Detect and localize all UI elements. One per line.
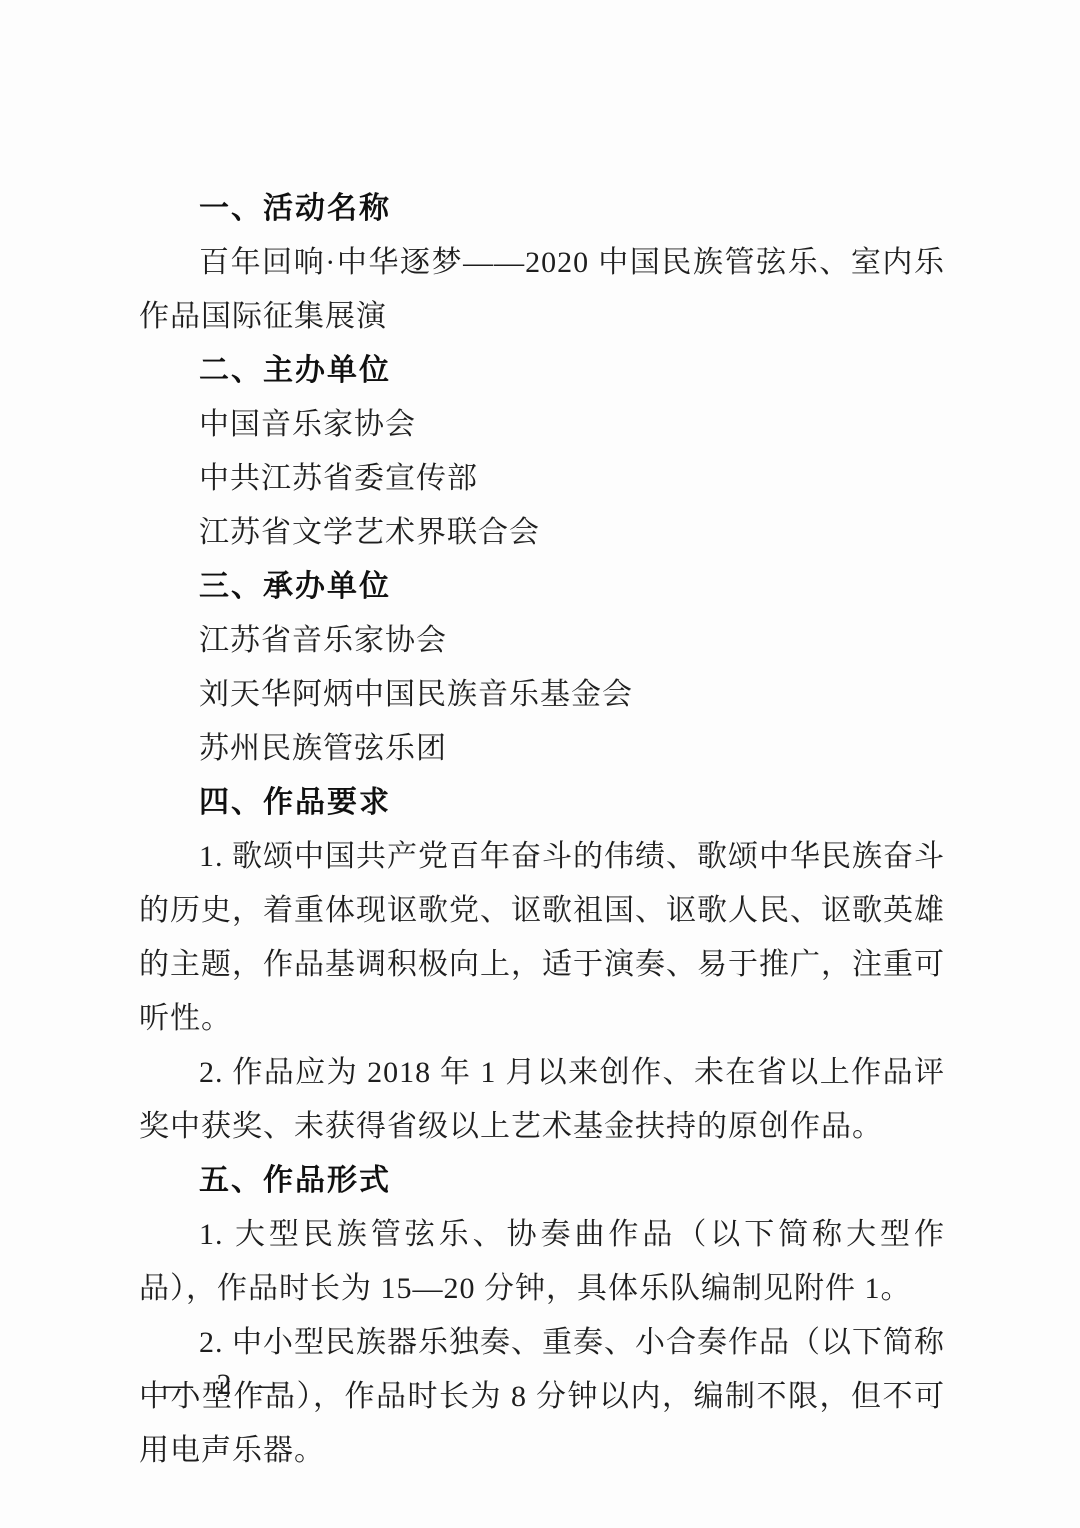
page-number: — 2 — [163, 1358, 293, 1412]
section-heading: 五、作品形式 [139, 1154, 945, 1208]
section-heading: 三、承办单位 [139, 560, 945, 614]
body-paragraph: 刘天华阿炳中国民族音乐基金会 [139, 668, 945, 722]
body-paragraph: 1. 大型民族管弦乐、协奏曲作品（以下简称大型作品），作品时长为 15—20 分… [139, 1208, 945, 1316]
section-heading: 二、主办单位 [139, 344, 945, 398]
body-paragraph: 中共江苏省委宣传部 [139, 452, 945, 506]
body-paragraph: 苏州民族管弦乐团 [139, 722, 945, 776]
body-paragraph: 2. 作品应为 2018 年 1 月以来创作、未在省以上作品评奖中获奖、未获得省… [139, 1046, 945, 1154]
section-heading: 一、活动名称 [139, 182, 945, 236]
body-paragraph: 1. 歌颂中国共产党百年奋斗的伟绩、歌颂中华民族奋斗的历史，着重体现讴歌党、讴歌… [139, 830, 945, 1046]
document-page: 一、活动名称百年回响·中华逐梦——2020 中国民族管弦乐、室内乐作品国际征集展… [0, 0, 1080, 1528]
body-paragraph: 江苏省文学艺术界联合会 [139, 506, 945, 560]
body-paragraph: 江苏省音乐家协会 [139, 614, 945, 668]
body-paragraph: 百年回响·中华逐梦——2020 中国民族管弦乐、室内乐作品国际征集展演 [139, 236, 945, 344]
body-paragraph: 中国音乐家协会 [139, 398, 945, 452]
document-body: 一、活动名称百年回响·中华逐梦——2020 中国民族管弦乐、室内乐作品国际征集展… [139, 182, 945, 1478]
section-heading: 四、作品要求 [139, 776, 945, 830]
